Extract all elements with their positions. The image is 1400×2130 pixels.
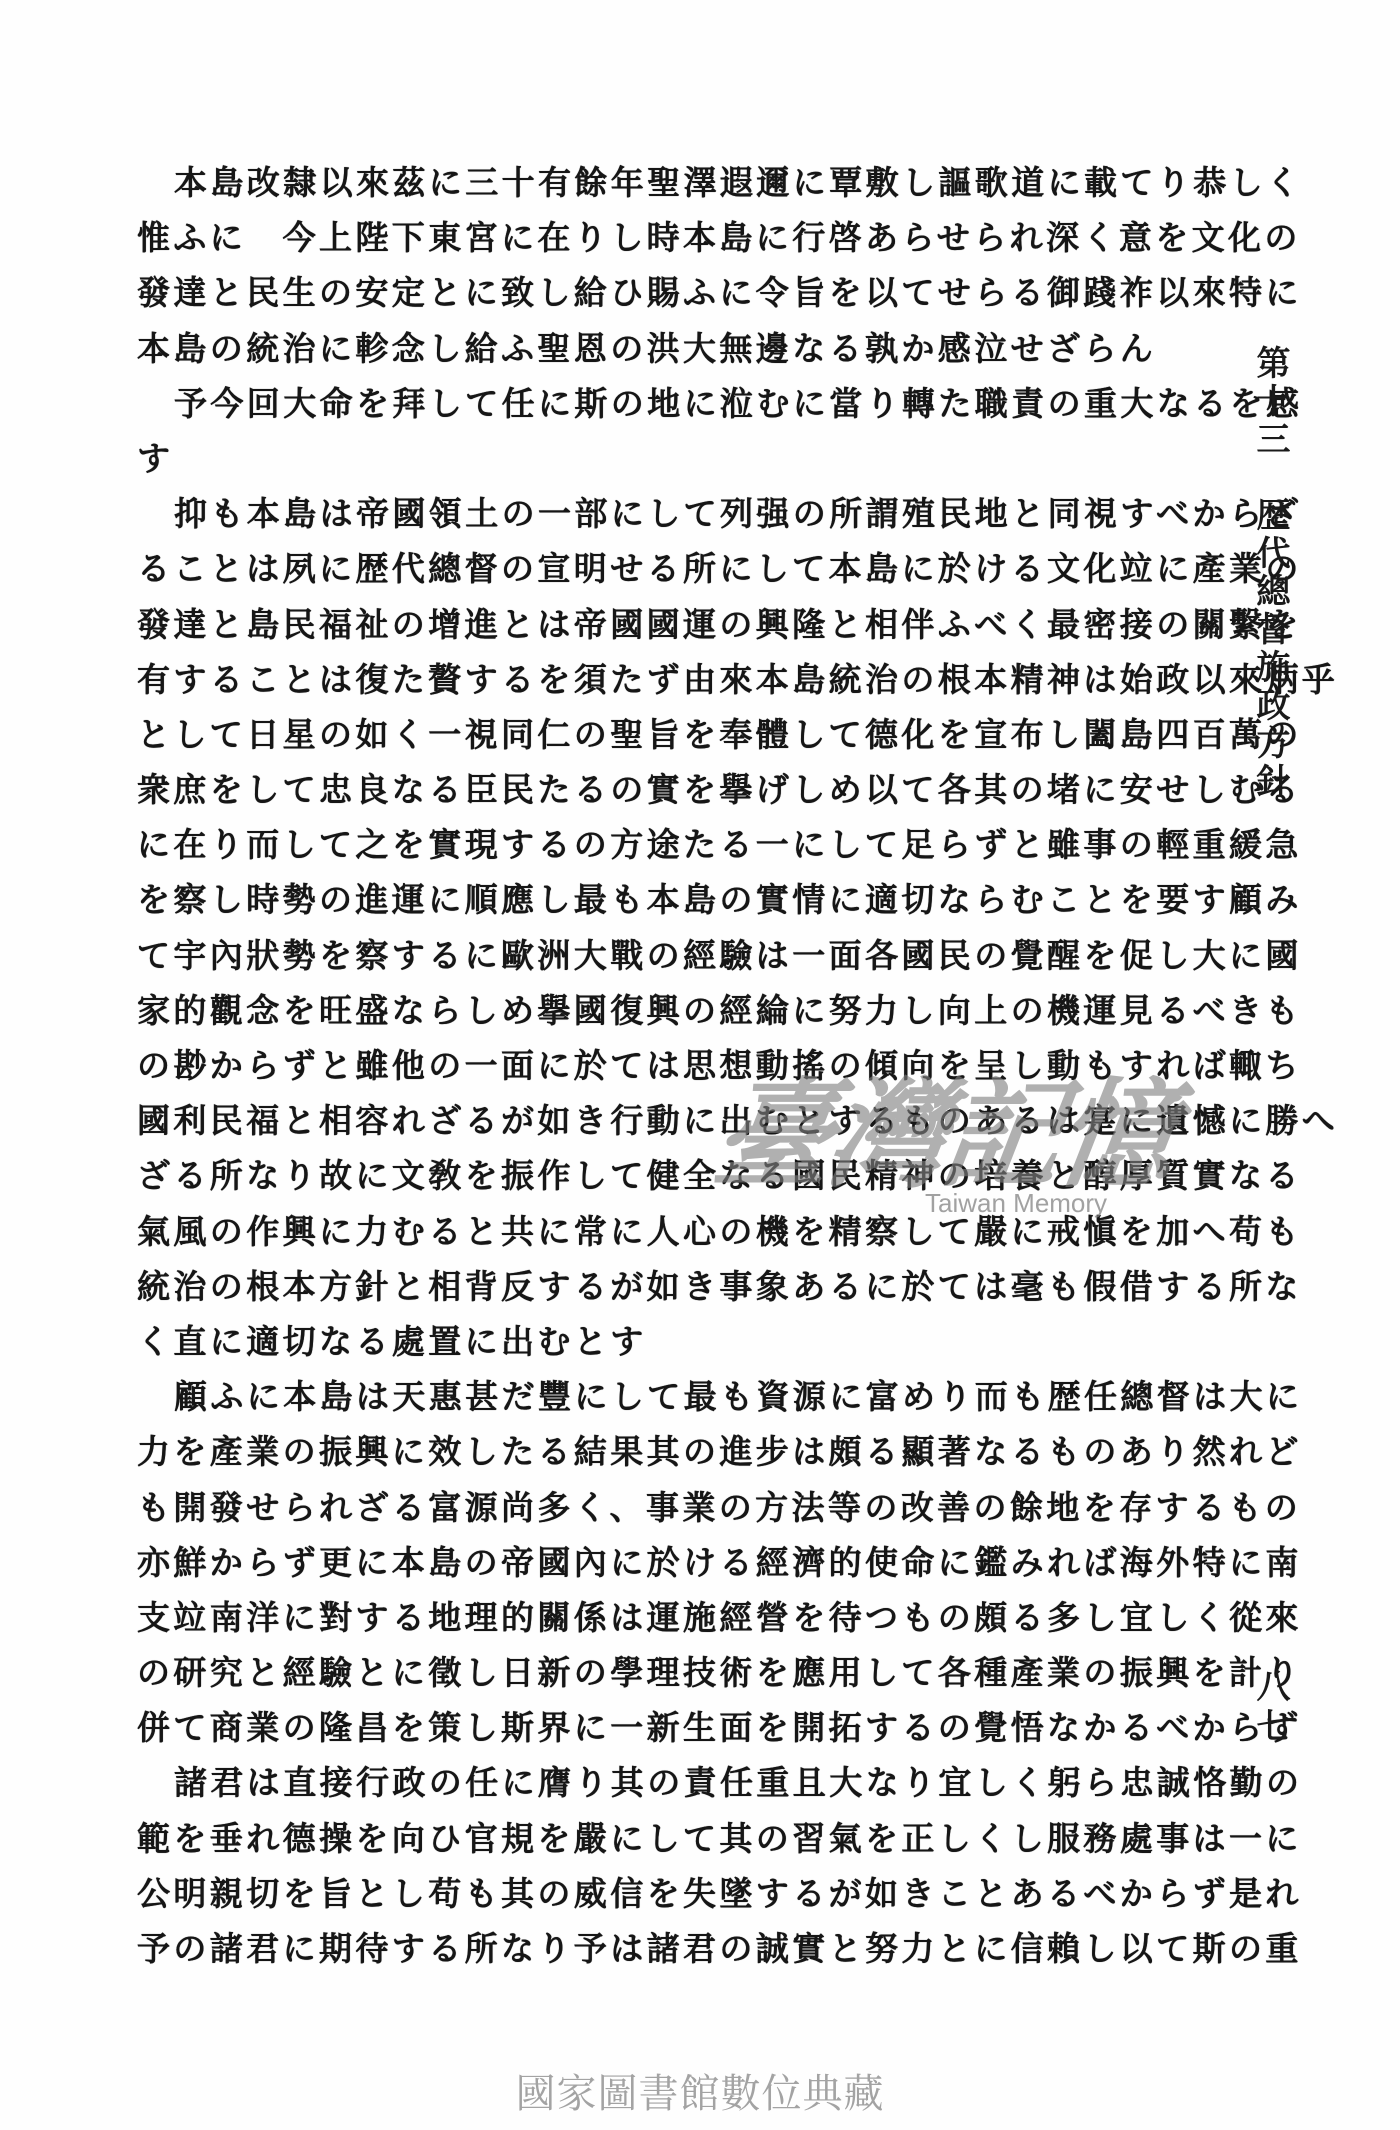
text-line: を察し時勢の進運に順應し最も本島の實情に適切ならむことを要す顧み [137,872,1202,927]
text-line: 氣風の作興に力むると共に常に人心の機を精察して嚴に戒愼を加へ苟も [137,1204,1202,1259]
text-line: の研究と經驗とに徵し日新の學理技術を應用して各種產業の振興を計り [137,1645,1202,1700]
text-line: 予の諸君に期待する所なり予は諸君の誠實と努力とに信賴し以て斯の重 [137,1921,1202,1976]
text-line: 國利民福と相容れざるが如き行動に出むとするものあるは寔に遺憾に勝へ [137,1093,1202,1148]
chapter-title: 歴代總督施政方針 [1250,497,1290,801]
text-line: く直に適切なる處置に出むとす [137,1314,1202,1369]
text-line: 本島改隸以來茲に三十有餘年聖澤遐邇に覃敷し謳歌道に載てり恭しく [137,155,1202,210]
text-line: として日星の如く一視同仁の聖旨を奉體して德化を宣布し闔島四百萬の [137,707,1202,762]
text-line: の尠からずと雖他の一面に於ては思想動搖の傾向を呈し動もすれば輙ち [137,1038,1202,1093]
text-line: 家的觀念を旺盛ならしめ擧國復興の經綸に努力し向上の機運見るべきも [137,983,1202,1038]
text-line: 支竝南洋に對する地理的關係は運施經營を待つもの頗る多し宜しく從來 [137,1590,1202,1645]
text-line: て宇內狀勢を察するに歐洲大戰の經驗は一面各國民の覺醒を促し大に國 [137,928,1202,983]
text-line: 統治の根本方針と相背反するが如き事象あるに於ては毫も假借する所な [137,1259,1202,1314]
text-line: ざる所なり故に文敎を振作して健全なる國民精神の培養と醇厚質實なる [137,1148,1202,1203]
chapter-number: 第十三 [1248,345,1292,459]
running-head: 第十三歴代總督施政方針 [1248,345,1292,801]
text-line: 發達と民生の安定とに致し給ひ賜ふに令旨を以てせらる御踐祚以來特に [137,265,1202,320]
text-line: 亦鮮からず更に本島の帝國內に於ける經濟的使命に鑑みれば海外特に南 [137,1535,1202,1590]
text-line: 衆庶をして忠良なる臣民たるの實を擧げしめ以て各其の堵に安せしむる [137,762,1202,817]
text-line: 本島の統治に軫念し給ふ聖恩の洪大無邊なる孰か感泣せざらん [137,321,1202,376]
text-line: 併て商業の隆昌を策し斯界に一新生面を開拓するの覺悟なかるべからず [137,1700,1202,1755]
text-line: 力を產業の振興に效したる結果其の進步は頗る顯著なるものあり然れど [137,1424,1202,1479]
text-line: 惟ふに 今上陛下東宮に在りし時本島に行啓あらせられ深く意を文化の [137,210,1202,265]
text-line: 諸君は直接行政の任に膺り其の責任重且大なり宜しく躬ら忠誠恪勤の [137,1755,1202,1810]
text-line: 範を垂れ德操を向ひ官規を嚴にして其の習氣を正しくし服務處事は一に [137,1811,1202,1866]
text-line: に在り而して之を實現するの方途たる一にして足らずと雖事の輕重緩急 [137,817,1202,872]
document-page: 本島改隸以來茲に三十有餘年聖澤遐邇に覃敷し謳歌道に載てり恭しく 惟ふに 今上陛下… [0,0,1400,2130]
body-text: 本島改隸以來茲に三十有餘年聖澤遐邇に覃敷し謳歌道に載てり恭しく 惟ふに 今上陛下… [137,155,1202,1976]
text-line: 有することは復た贅するを須たず由來本島統治の根本精神は始政以來炳乎 [137,652,1202,707]
text-line: 抑も本島は帝國領土の一部にして列强の所謂殖民地と同視すべからざ [137,486,1202,541]
text-line: 顧ふに本島は天惠甚だ豐にして最も資源に富めり而も歴任總督は大に [137,1369,1202,1424]
footer-credit: 國家圖書館數位典藏 [0,2062,1400,2119]
text-line: ることは夙に歴代總督の宣明せる所にして本島に於ける文化竝に產業の [137,541,1202,596]
text-line: 發達と島民福祉の增進とは帝國國運の興隆と相伴ふべく最密接の關繫を [137,597,1202,652]
text-line: も開發せられざる富源尚多く、事業の方法等の改善の餘地を存するもの [137,1480,1202,1535]
text-line: 公明親切を旨とし苟も其の威信を失墜するが如きことあるべからず是れ [137,1866,1202,1921]
page-number: 八七 [1248,1668,1292,1748]
text-line: 予今回大命を拜して任に斯の地に涖むに當り轉た職責の重大なるを感 [137,376,1202,431]
text-line: す [137,431,1202,486]
